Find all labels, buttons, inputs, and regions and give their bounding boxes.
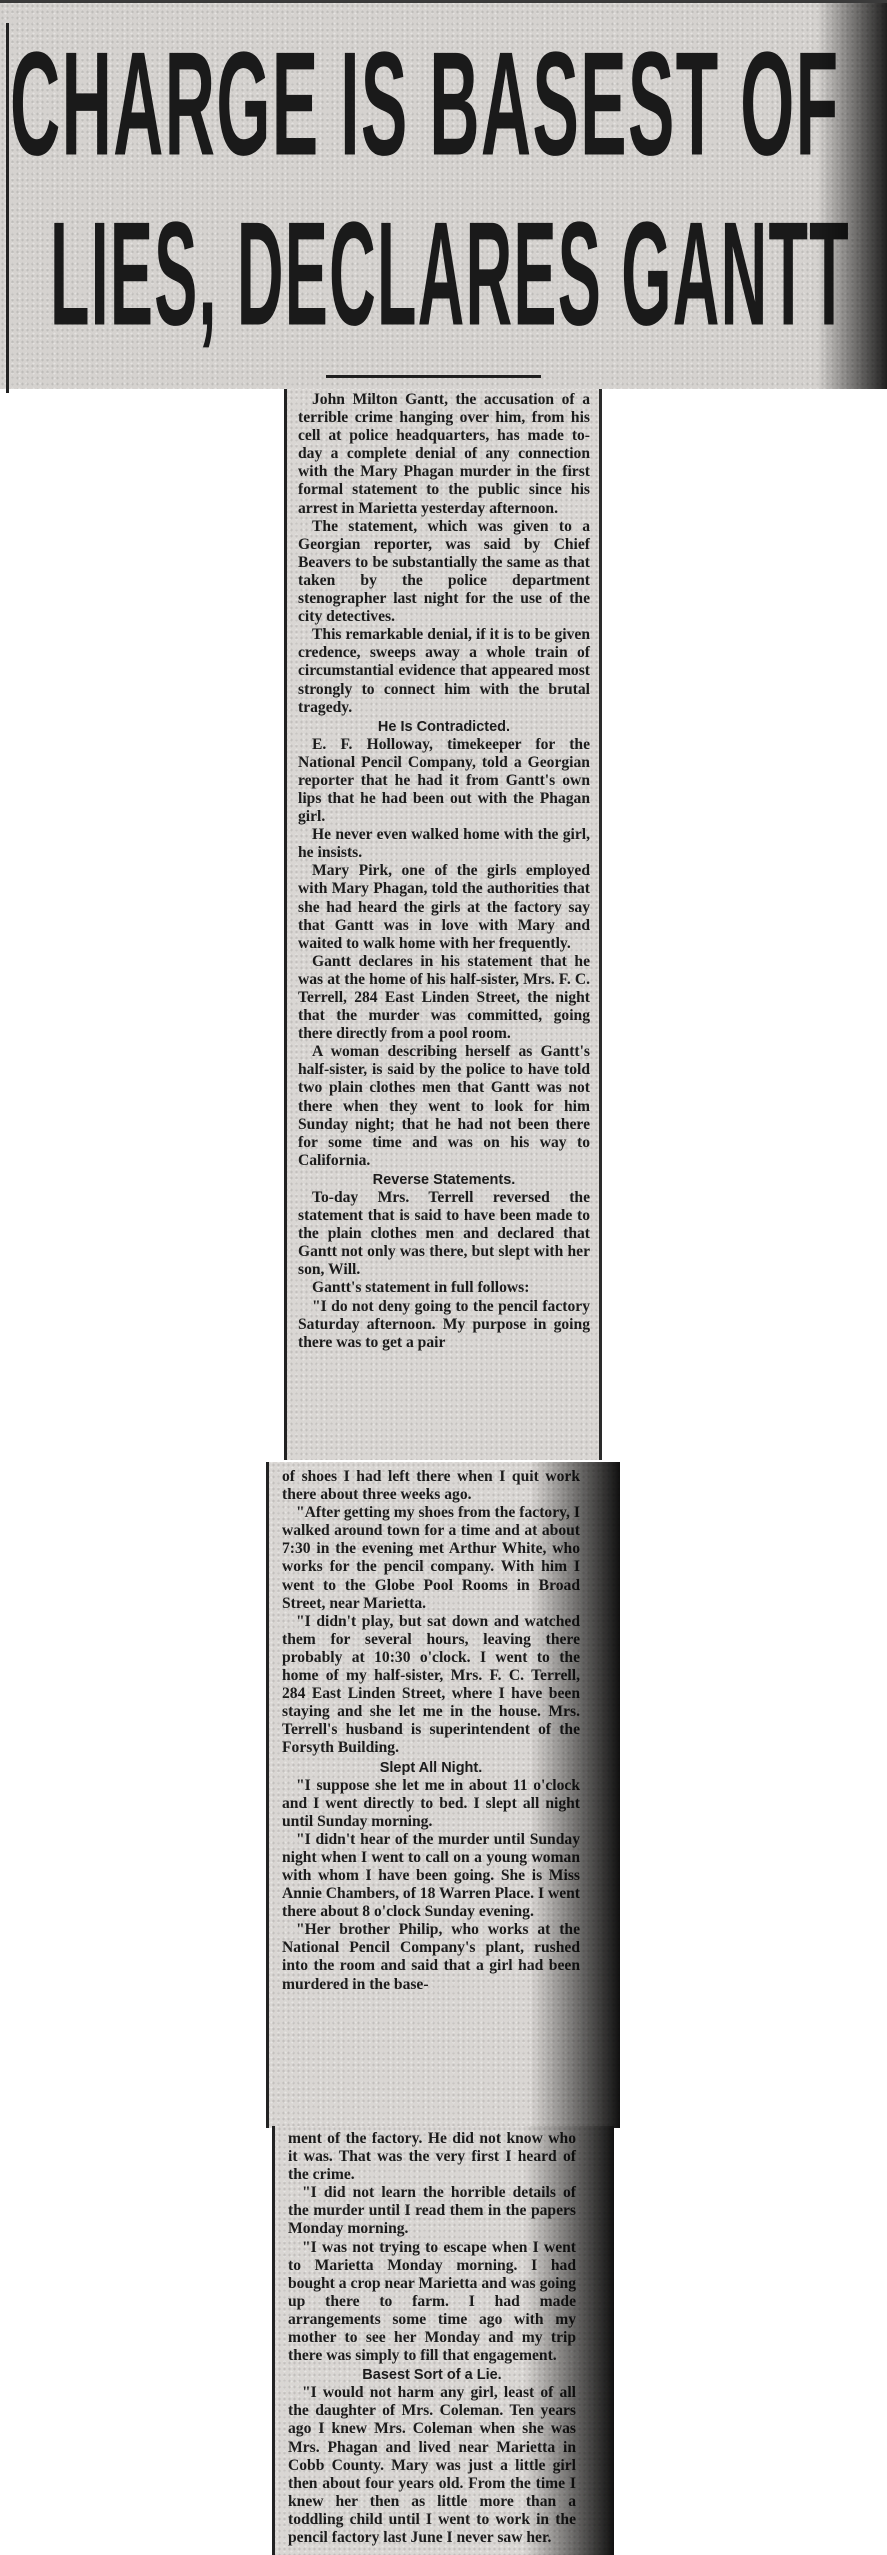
paragraph: "Her brother Philip, who works at the Na… [282,1921,580,1993]
paragraph: of shoes I had left there when I quit wo… [282,1468,580,1504]
paragraph: John Milton Gantt, the accusation of a t… [298,391,590,518]
headline-line-1: CHARGE IS BASEST OF [10,21,603,190]
subheading: Reverse Statements. [298,1171,590,1189]
paragraph: This remarkable denial, if it is to be g… [298,626,590,716]
column-rule [272,2126,275,2555]
column-rule [6,23,9,393]
article-column-1: John Milton Gantt, the accusation of a t… [284,389,602,1460]
paragraph: Mary Pirk, one of the girls employed wit… [298,862,590,952]
paragraph: He never even walked home with the girl,… [298,826,590,862]
headline-block: CHARGE IS BASEST OF LIES, DECLARES GANTT [0,0,887,389]
paragraph: "After getting my shoes from the factory… [282,1504,580,1613]
column-rule [266,1462,269,2128]
column-rule [599,389,602,1460]
paragraph: E. F. Holloway, timekeeper for the Natio… [298,736,590,826]
headline-line-2: LIES, DECLARES GANTT [50,191,601,360]
headline-divider [326,375,541,378]
article-column-3: ment of the factory. He did not know who… [272,2126,614,2555]
paragraph: Gantt declares in his statement that he … [298,953,590,1043]
paragraph: "I didn't play, but sat down and watched… [282,1613,580,1758]
paragraph: "I did not learn the horrible details of… [288,2184,576,2238]
scan-shadow [817,3,887,389]
paragraph: Gantt's statement in full follows: [298,1279,590,1297]
paragraph: "I suppose she let me in about 11 o'cloc… [282,1777,580,1831]
subheading: Basest Sort of a Lie. [288,2366,576,2384]
paragraph: "I didn't hear of the murder until Sunda… [282,1831,580,1921]
paragraph: "I would not harm any girl, least of all… [288,2384,576,2547]
paragraph: "I was not trying to escape when I went … [288,2239,576,2366]
subheading: He Is Contradicted. [298,718,590,736]
paragraph: "I do not deny going to the pencil facto… [298,1298,590,1352]
column-rule [284,389,287,1460]
paragraph: ment of the factory. He did not know who… [288,2130,576,2184]
paragraph: To-day Mrs. Terrell reversed the stateme… [298,1189,590,1279]
paragraph: The statement, which was given to a Geor… [298,518,590,627]
subheading: Slept All Night. [282,1759,580,1777]
paragraph: A woman describing herself as Gantt's ha… [298,1043,590,1170]
article-column-2: of shoes I had left there when I quit wo… [266,1462,620,2128]
